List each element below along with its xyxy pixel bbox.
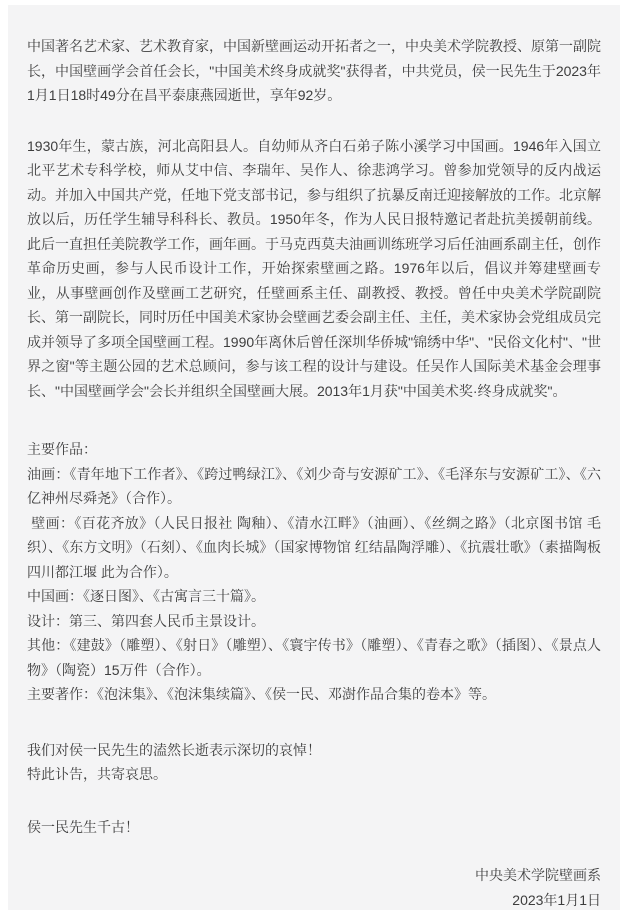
works-item-murals: 壁画：《百花齐放》（人民日报社 陶釉）、《清水江畔》（油画）、《丝绸之路》（北京… xyxy=(27,511,601,585)
obituary-page: 中国著名艺术家、艺术教育家，中国新壁画运动开拓者之一，中央美术学院教授、原第一副… xyxy=(8,5,620,910)
works-item-designs: 设计：第三、第四套人民币主景设计。 xyxy=(27,609,601,634)
works-section: 主要作品： 油画：《青年地下工作者》、《跨过鸭绿江》、《刘少奇与安源矿工》、《毛… xyxy=(27,437,601,707)
signature-department: 中央美术学院壁画系 xyxy=(27,863,601,888)
biography-paragraph: 1930年生，蒙古族，河北高阳县人。自幼师从齐白石弟子陈小溪学习中国画。1946… xyxy=(27,134,601,404)
signature-date: 2023年1月1日 xyxy=(27,888,601,910)
works-item-oil-paintings: 油画：《青年地下工作者》、《跨过鸭绿江》、《刘少奇与安源矿工》、《毛泽东与安源矿… xyxy=(27,462,601,511)
works-item-major-writings: 主要著作：《泡沫集》、《泡沫集续篇》、《侯一民、邓澍作品合集的卷本》等。 xyxy=(27,682,601,707)
condolence-line-2: 特此讣告，共寄哀思。 xyxy=(27,762,601,787)
condolence-line-1: 我们对侯一民先生的溘然长逝表示深切的哀悼！ xyxy=(27,738,601,763)
announcement-paragraph: 中国著名艺术家、艺术教育家，中国新壁画运动开拓者之一，中央美术学院教授、原第一副… xyxy=(27,34,601,108)
works-heading: 主要作品： xyxy=(27,437,601,462)
obituary-content: 中国著名艺术家、艺术教育家，中国新壁画运动开拓者之一，中央美术学院教授、原第一副… xyxy=(8,5,620,910)
works-item-chinese-paintings: 中国画：《逐日图》、《古寓言三十篇》。 xyxy=(27,584,601,609)
signature-block: 中央美术学院壁画系 2023年1月1日 xyxy=(27,863,601,910)
works-item-others: 其他：《建鼓》（雕塑）、《射日》（雕塑）、《寰宇传书》（雕塑）、《青春之歌》（插… xyxy=(27,633,601,682)
condolence-block: 我们对侯一民先生的溘然长逝表示深切的哀悼！ 特此讣告，共寄哀思。 xyxy=(27,738,601,787)
tribute-line: 侯一民先生千古！ xyxy=(27,815,601,840)
